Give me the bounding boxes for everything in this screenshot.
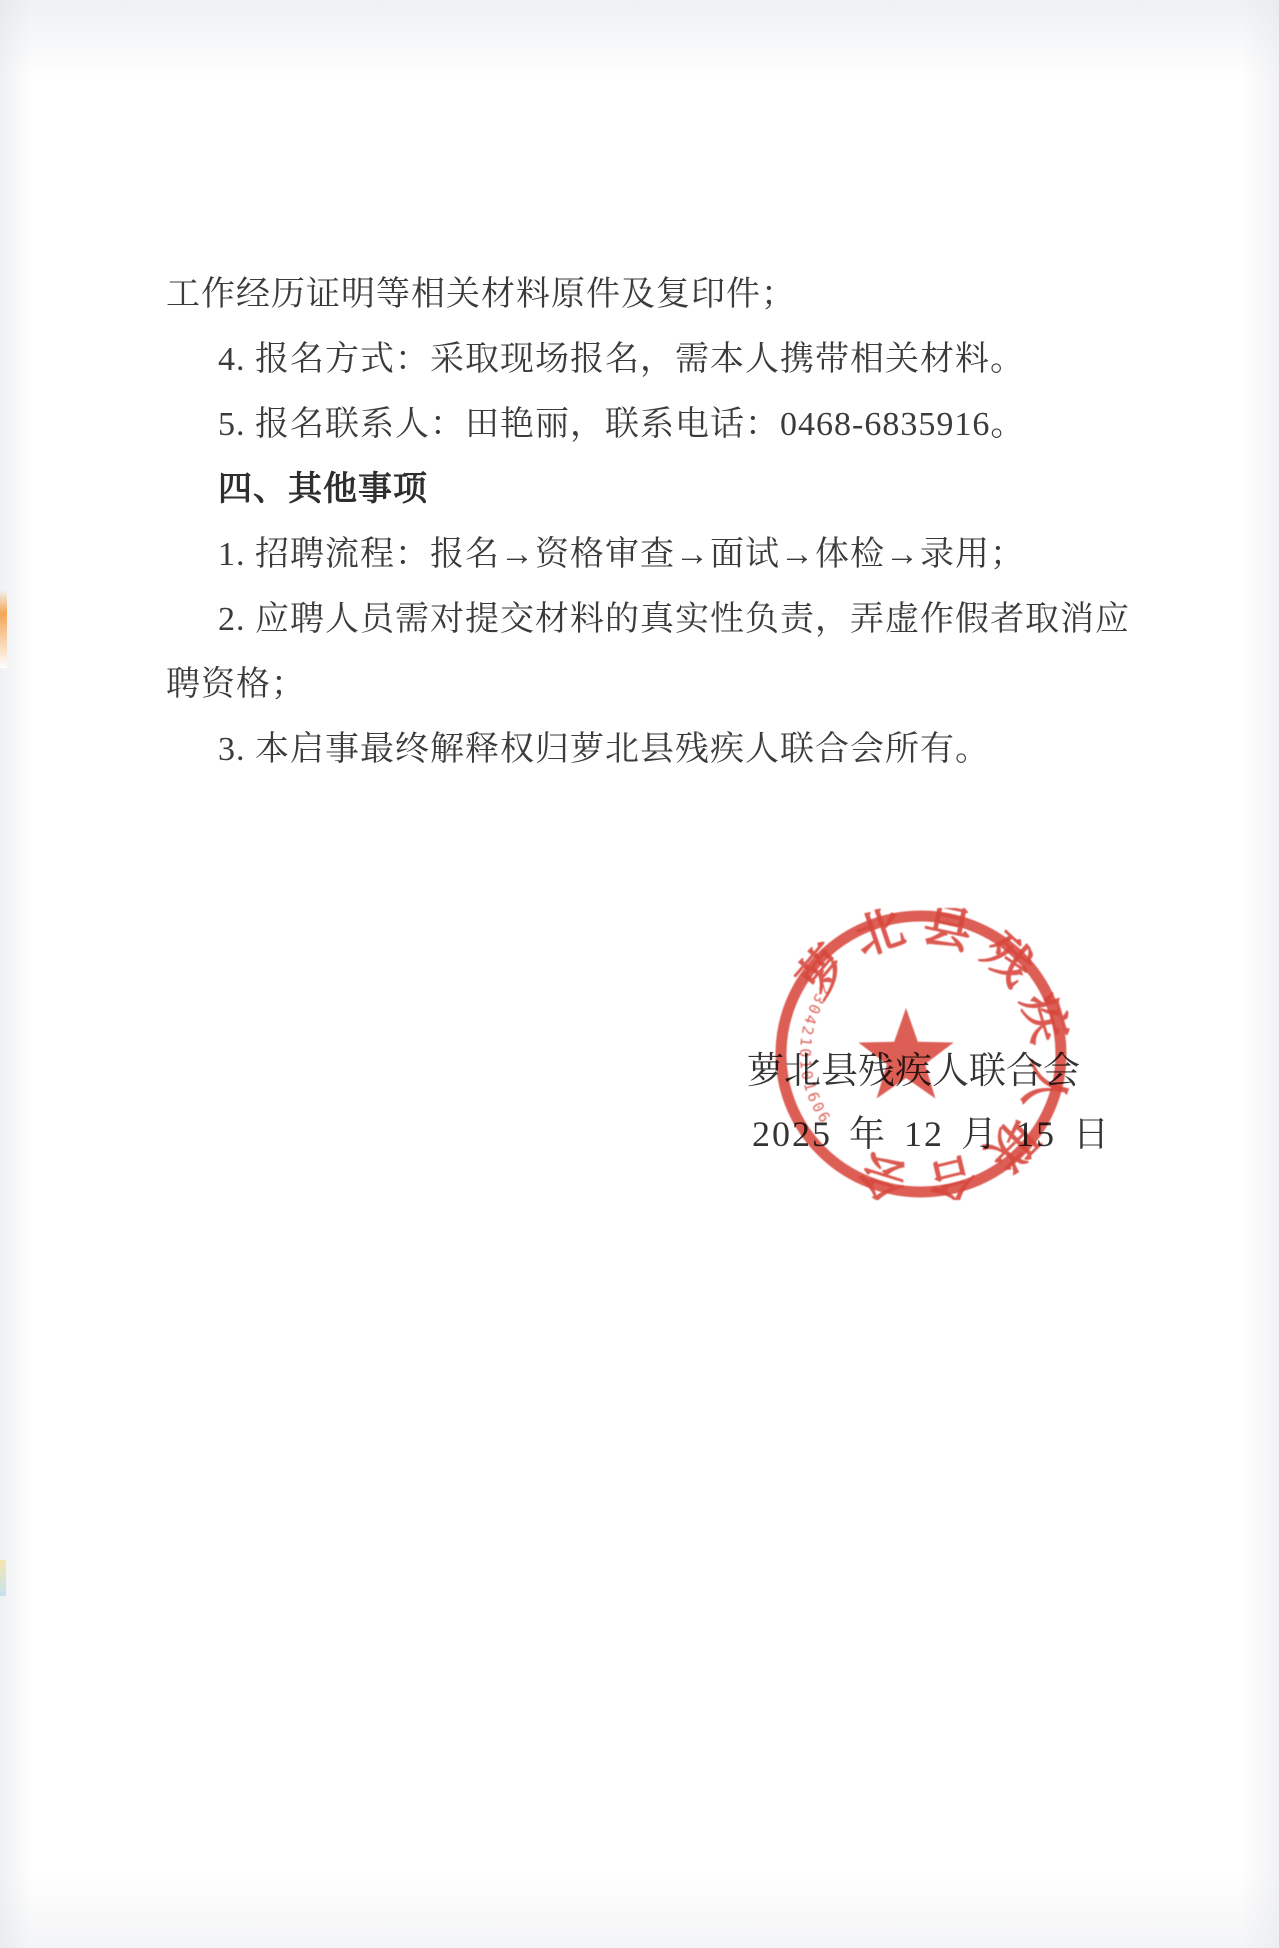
body-text-line: 四、其他事项 [166, 457, 1118, 522]
body-text-line: 聘资格； [166, 652, 1118, 717]
scan-artifact-bottom-left [0, 1560, 6, 1596]
body-text-line: 5. 报名联系人：田艳丽，联系电话：0468-6835916。 [166, 392, 1118, 457]
body-text-line: 3. 本启事最终解释权归萝北县残疾人联合会所有。 [166, 717, 1118, 782]
body-text-line: 4. 报名方式：采取现场报名，需本人携带相关材料。 [166, 327, 1118, 392]
body-text-line: 2. 应聘人员需对提交材料的真实性负责，弄虚作假者取消应 [166, 587, 1118, 652]
scan-artifact-left-edge [0, 590, 7, 668]
document-page: 工作经历证明等相关材料原件及复印件；4. 报名方式：采取现场报名，需本人携带相关… [0, 0, 1279, 1948]
signature-organization: 萝北县残疾人联合会 [747, 1040, 1080, 1094]
body-text-line: 工作经历证明等相关材料原件及复印件； [166, 262, 1118, 327]
body-text-block: 工作经历证明等相关材料原件及复印件；4. 报名方式：采取现场报名，需本人携带相关… [166, 262, 1118, 782]
body-text-line: 1. 招聘流程：报名→资格审查→面试→体检→录用； [166, 522, 1118, 587]
signature-date: 2025 年 12 月 15 日 [752, 1106, 1111, 1157]
